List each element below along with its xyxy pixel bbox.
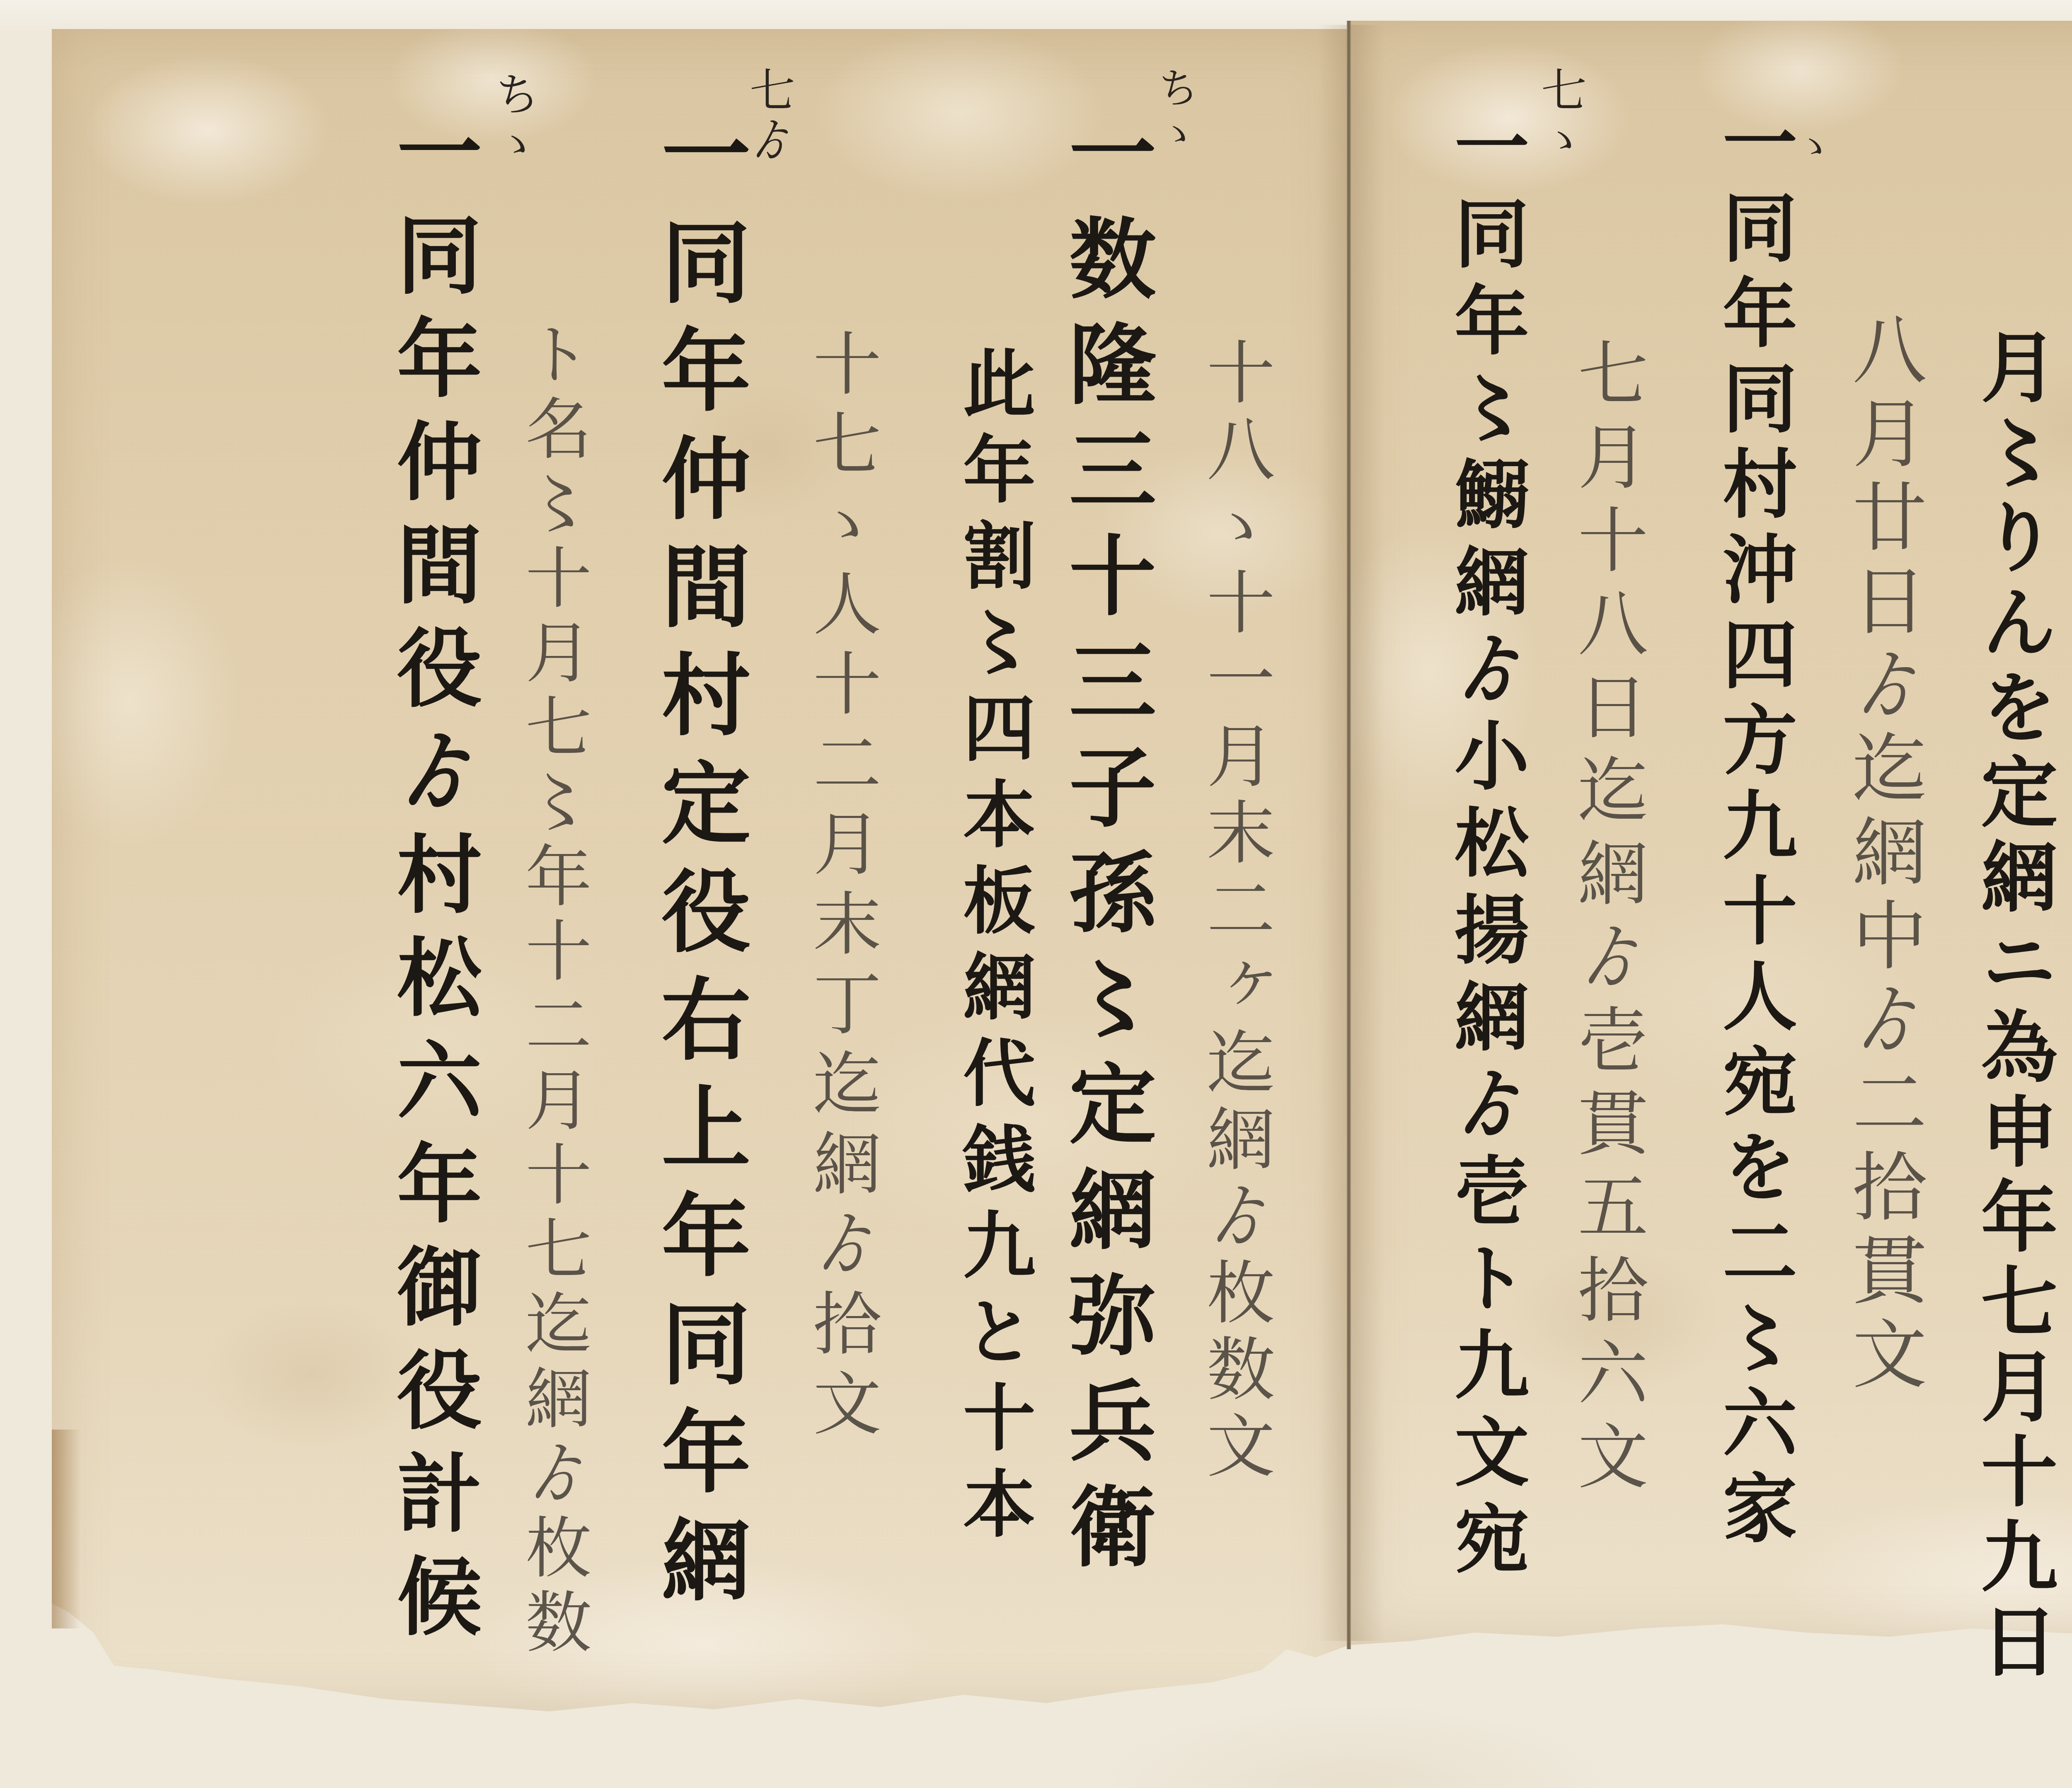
text-column: 十八ゝ十一月末二ヶ迄網ゟ枚数文: [1201, 337, 1269, 1487]
text-column: 一同年仲間役ゟ村松六年御役計候: [390, 108, 474, 1655]
text-column: 八月廿日ゟ迄網中ゟ二拾貫文: [1846, 311, 1920, 1399]
collation-mark: 七ゟ: [746, 66, 792, 166]
gutter-shadow: [1318, 25, 1384, 1641]
collation-mark: ちゝ: [1154, 66, 1196, 157]
text-column: 一同年〻鰯網ゟ小松揚網ゟ壱ト九文宛: [1448, 108, 1523, 1587]
text-column: 七月十八日迄網ゟ壱貫五拾六文: [1571, 337, 1642, 1503]
book-gutter: [1347, 21, 1351, 1649]
text-column: 一同年仲間村定役右上年同年網: [655, 108, 744, 1622]
text-column: ト名〻十月七〻年十二月十七迄網ゟ枚数: [520, 319, 586, 1662]
text-column: 一数隆三十三子孫〻定網弥兵衛: [1062, 108, 1149, 1587]
collation-mark: 七ゝ: [1537, 66, 1583, 166]
collation-mark: ちゝ: [491, 70, 537, 170]
text-column: 十七ゝ人十二月末丁迄網ゟ拾文: [807, 328, 876, 1448]
text-column: 月〻りんを定網ニ為申年七月十九日: [1975, 327, 2051, 1686]
left-edge-stain: [52, 1430, 81, 1628]
text-column: 一同年同村沖四方九十人宛を二〻六家: [1716, 104, 1791, 1555]
text-column: 此年割〻四本板網代銭九と十本: [957, 346, 1030, 1552]
